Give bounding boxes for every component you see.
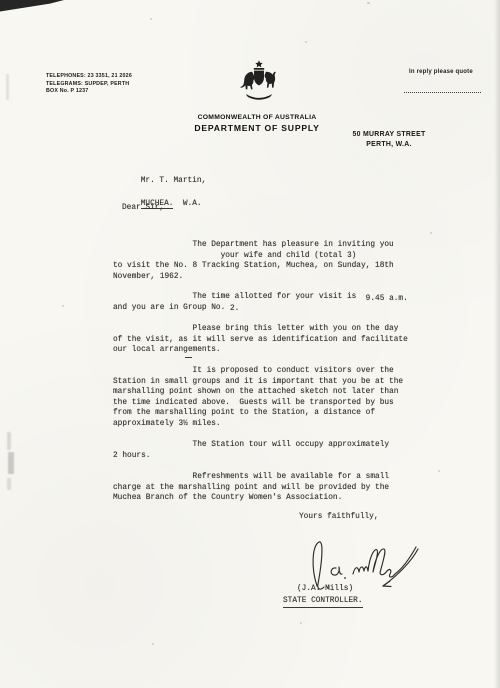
time-sentence-lead: The time allotted for your visit is	[113, 293, 366, 301]
margin-pencil-mark	[6, 74, 9, 100]
scan-speck	[62, 305, 64, 307]
time-sentence-mid: and you are in Group No.	[113, 304, 230, 312]
org-name-department: DEPARTMENT OF SUPPLY	[157, 123, 357, 133]
typewriter-stray-dash	[185, 357, 192, 358]
valediction: Yours faithfully,	[299, 512, 379, 523]
australian-coat-of-arms-icon	[236, 58, 282, 104]
reply-quote-label: In reply please quote	[409, 69, 473, 75]
paragraph-time-group: The time allotted for your visit is 9.45…	[113, 292, 408, 313]
salutation: Dear Sir,	[122, 203, 164, 214]
reply-quote-dotted-line	[404, 92, 481, 93]
margin-pencil-mark	[7, 432, 11, 450]
scan-speck	[300, 622, 302, 624]
recipient-state: W.A.	[173, 200, 201, 208]
paragraph-invitation: The Department has pleasure in inviting …	[113, 240, 394, 282]
recipient-name: Mr. T. Martin,	[141, 177, 207, 185]
letterhead-street: 50 MURRAY STREET	[349, 130, 429, 140]
paragraph-bring-letter: Please bring this letter with you on the…	[113, 324, 408, 356]
scan-right-edge-shadow	[494, 0, 500, 688]
group-number-value: 2.	[230, 305, 239, 313]
scan-corner-edge	[0, 0, 64, 13]
paragraph-marshalling: It is proposed to conduct visitors over …	[113, 366, 403, 429]
scan-speck	[152, 643, 154, 645]
org-name-commonwealth: COMMONWEALTH OF AUSTRALIA	[157, 114, 357, 121]
signatory-typed-name: (J.A. Mills)	[297, 584, 353, 595]
scan-speck	[150, 18, 152, 20]
scan-speck	[438, 470, 440, 472]
margin-pencil-mark	[7, 478, 11, 490]
visit-time-value: 9.45 a.m.	[366, 295, 408, 303]
signatory-title: STATE CONTROLLER.	[283, 596, 363, 608]
scan-speck	[367, 2, 370, 4]
scan-speck	[305, 41, 307, 43]
letterhead-contact-block: TELEPHONES: 23 3351, 21 2026 TELEGRAMS: …	[46, 73, 132, 96]
paragraph-refreshments: Refreshments will be available for a sma…	[113, 472, 389, 504]
letterhead-address: 50 MURRAY STREET PERTH, W.A.	[349, 130, 429, 149]
scan-speck	[430, 232, 432, 234]
margin-pencil-mark	[8, 452, 14, 474]
paragraph-tour-duration: The Station tour will occupy approximate…	[113, 440, 389, 461]
letterhead-city: PERTH, W.A.	[349, 140, 429, 150]
scanned-letter-page: TELEPHONES: 23 3351, 21 2026 TELEGRAMS: …	[0, 0, 500, 688]
